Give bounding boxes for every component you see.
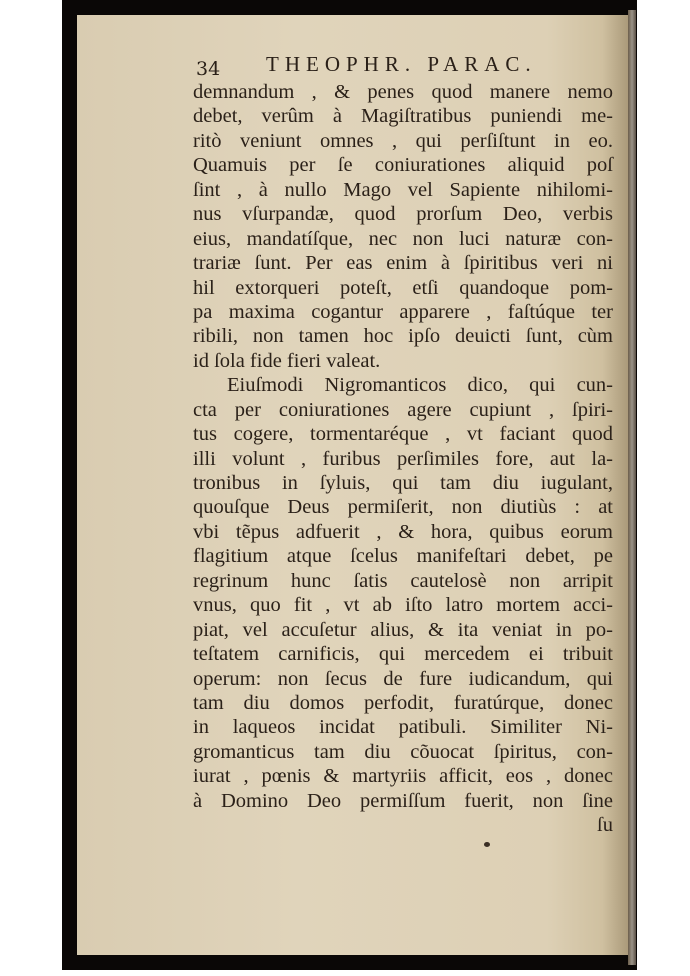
text-line: ribili, non tamen hoc ipſo deuicti ſunt,… — [193, 324, 613, 348]
text-line: in laqueos incidat patibuli. Similiter N… — [193, 715, 613, 739]
text-line: regrinum hunc ſatis cautelosè non arripi… — [193, 569, 613, 593]
text-line: flagitium atque ſcelus manifeſtari debet… — [193, 544, 613, 568]
text-line: ſint , à nullo Mago vel Sapiente nihilom… — [193, 178, 613, 202]
text-line: eius, mandatíſque, nec non luci naturæ c… — [193, 227, 613, 251]
text-line-paragraph-start: Eiuſmodi Nigromanticos dico, qui cun- — [193, 373, 613, 397]
running-head: THEOPHR. PARAC. — [266, 52, 537, 77]
text-line: tus cogere, tormentaréque , vt faciant q… — [193, 422, 613, 446]
text-line: gromanticus tam diu cõuocat ſpiritus, co… — [193, 740, 613, 764]
text-line: à Domino Deo permiſſum fuerit, non ſine — [193, 789, 613, 813]
text-line: trariæ ſunt. Per eas enim à ſpiritibus v… — [193, 251, 613, 275]
text-line: piat, vel accuſetur alius, & ita veniat … — [193, 618, 613, 642]
text-line: cta per coniurationes agere cupiunt , ſp… — [193, 398, 613, 422]
text-line: debet, verûm à Magiſtratibus puniendi me… — [193, 104, 613, 128]
text-line: quouſque Deus permiſerit, non diutiùs : … — [193, 495, 613, 519]
text-line: illi volunt , furibus perſimiles fore, a… — [193, 447, 613, 471]
text-line: hil extorqueri poteſt, etſi quandoque po… — [193, 276, 613, 300]
text-line: iurat , pœnis & martyriis afficit, eos ,… — [193, 764, 613, 788]
text-line: tronibus in ſyluis, qui tam diu iugulant… — [193, 471, 613, 495]
ink-speck — [484, 842, 490, 847]
text-line: nus vſurpandæ, quod prorſum Deo, verbis — [193, 202, 613, 226]
page-header: 34 THEOPHR. PARAC. — [196, 52, 616, 82]
text-line: vnus, quo fit , vt ab iſto latro mortem … — [193, 593, 613, 617]
text-line: teſtatem carnificis, qui mercedem ei tri… — [193, 642, 613, 666]
page-gutter-edge — [628, 10, 636, 965]
text-line: pa maxima cogantur apparere , faſtúque t… — [193, 300, 613, 324]
catchword: ſu — [193, 813, 613, 837]
text-line: Quamuis per ſe coniurationes aliquid poſ — [193, 153, 613, 177]
text-line: ritò veniunt omnes , qui perſiſtunt in e… — [193, 129, 613, 153]
body-text: demnandum , & penes quod manere nemo deb… — [193, 80, 613, 838]
text-line: tam diu domos perfodit, furatúrque, done… — [193, 691, 613, 715]
page-number: 34 — [196, 58, 220, 80]
text-line: operum: non ſecus de fure iudicandum, qu… — [193, 667, 613, 691]
text-line: id ſola fide fieri valeat. — [193, 349, 613, 373]
text-line: demnandum , & penes quod manere nemo — [193, 80, 613, 104]
text-line: vbi tẽpus adfuerit , & hora, quibus eoru… — [193, 520, 613, 544]
